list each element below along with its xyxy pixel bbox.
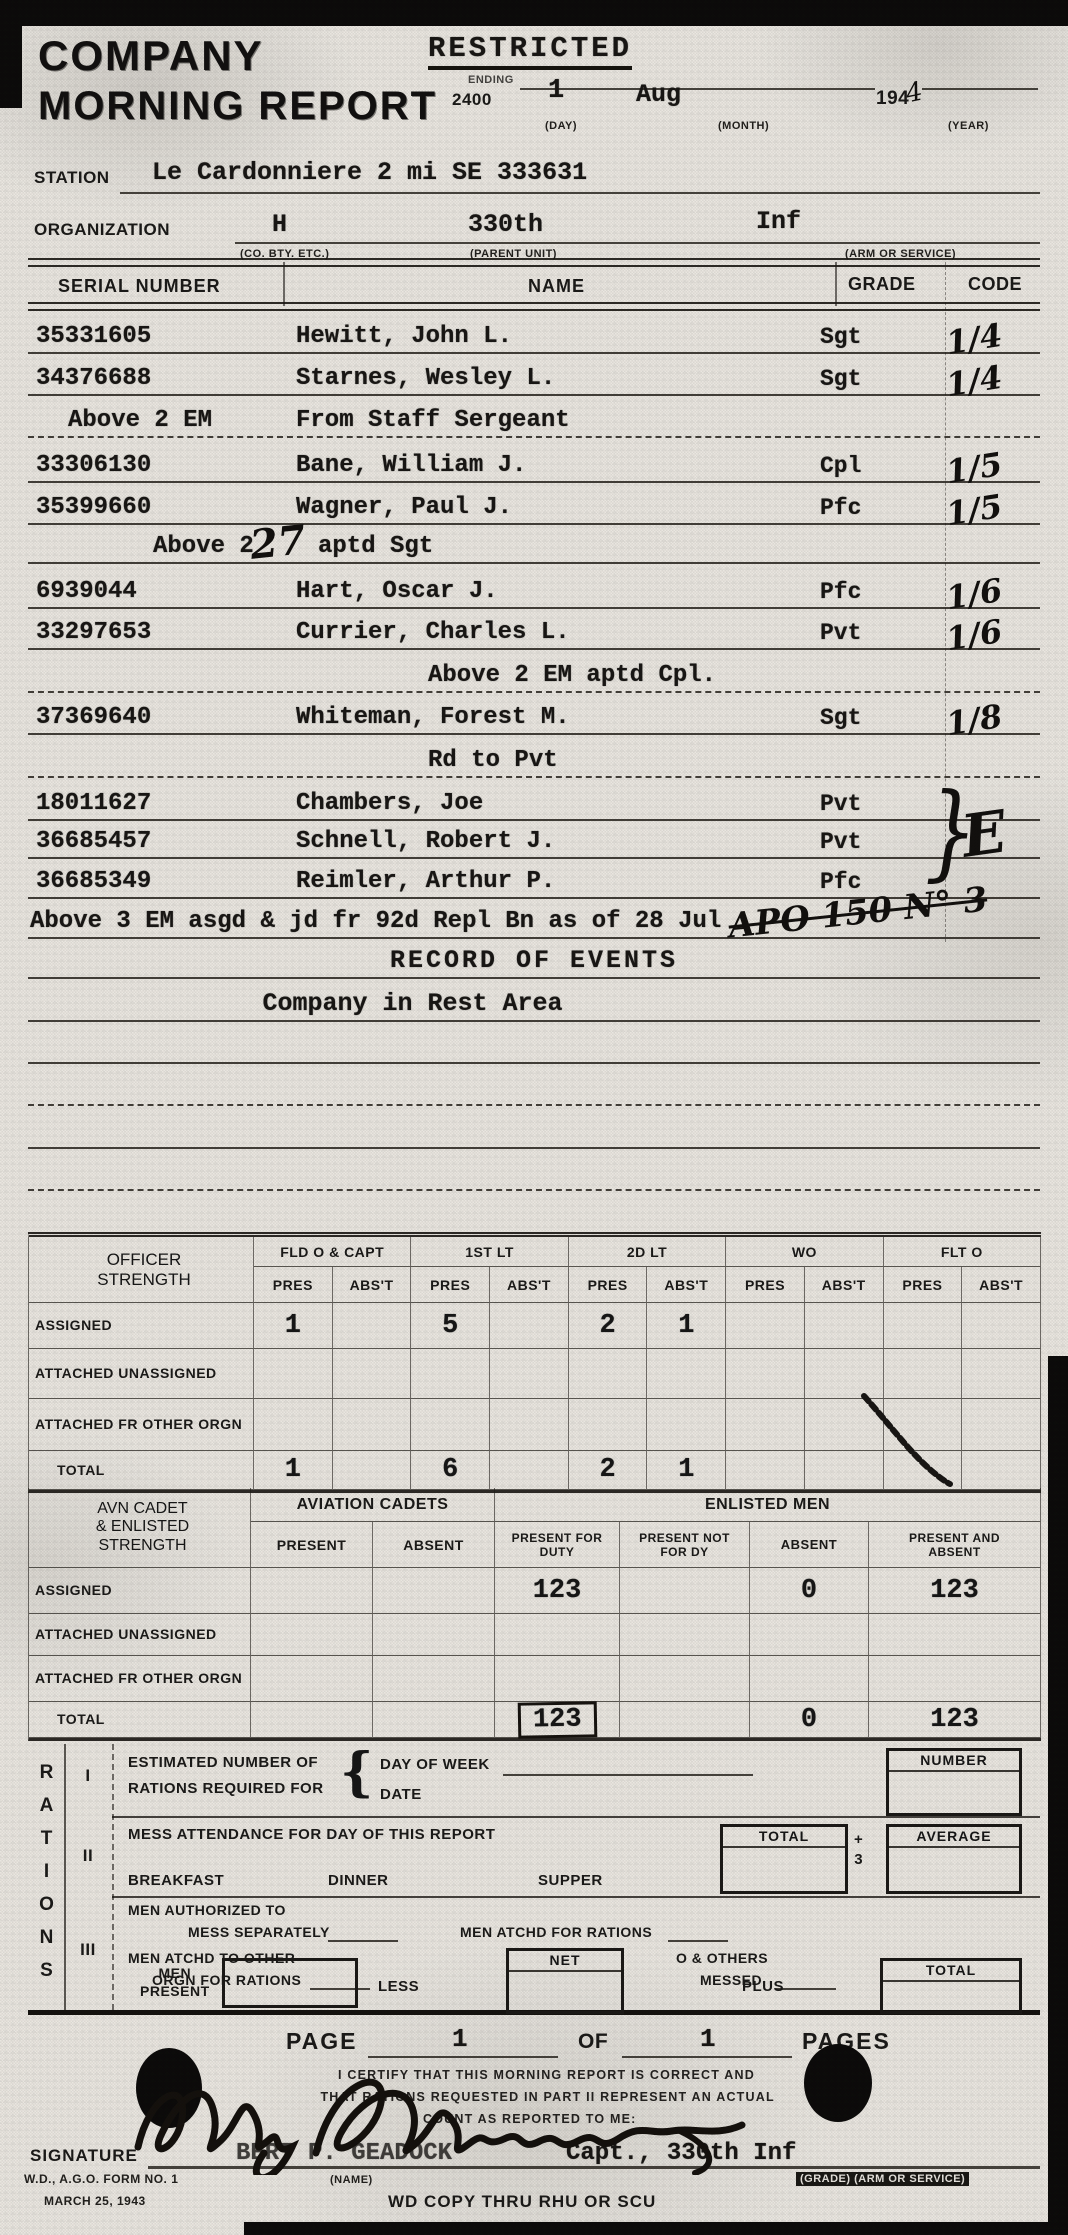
- handwritten-overlay: 27: [248, 516, 308, 569]
- mess-total-label: TOTAL: [723, 1828, 845, 1848]
- classification-stamp: RESTRICTED: [428, 32, 632, 70]
- enlisted-cell: [620, 1702, 750, 1738]
- rations-side-label: RATIONS: [28, 1744, 66, 2010]
- title-line: & ENLISTED: [96, 1518, 189, 1536]
- roster-name: Reimler, Arthur P.: [296, 868, 555, 895]
- average-box: AVERAGE: [886, 1824, 1022, 1894]
- roster-grade: Cpl: [820, 453, 861, 479]
- officer-cell: [726, 1349, 805, 1399]
- roster-note: Above 2: [153, 533, 254, 560]
- section-divider: [112, 1816, 1040, 1818]
- column-group: WO: [726, 1237, 883, 1267]
- roster-divider: [835, 262, 837, 306]
- enlisted-cell: 123: [869, 1568, 1041, 1614]
- column-group: FLT O: [884, 1237, 1041, 1267]
- section-numeral: III: [64, 1940, 112, 1960]
- roster-serial: 18011627: [36, 790, 151, 817]
- column-header: PRES: [411, 1267, 490, 1303]
- roster-col-code: CODE: [968, 274, 1022, 295]
- section-numeral: I: [64, 1766, 112, 1786]
- row-label: TOTAL: [29, 1702, 251, 1738]
- enlisted-cell: [750, 1656, 869, 1702]
- roster-note: Above 2 EM: [68, 407, 212, 434]
- roster-name: Hart, Oscar J.: [296, 578, 498, 605]
- roster-note: Above 2 EM aptd Cpl.: [428, 662, 716, 689]
- column-header: ABS'T: [333, 1267, 412, 1303]
- roster-serial: 33297653: [36, 619, 151, 646]
- roster-serial: 35399660: [36, 494, 151, 521]
- form-date: MARCH 25, 1943: [44, 2194, 146, 2208]
- enlisted-cell: [251, 1568, 373, 1614]
- table-row: 6939044 Hart, Oscar J. Pfc 1/6: [28, 562, 1040, 609]
- officer-cell: [333, 1399, 412, 1451]
- day-of-week-label: DAY OF WEEK: [380, 1756, 490, 1773]
- roster-name: Wagner, Paul J.: [296, 494, 512, 521]
- station-line: [120, 192, 1040, 194]
- column-header: PRES: [254, 1267, 333, 1303]
- number-box: NUMBER: [886, 1748, 1022, 1816]
- roster-grade: Sgt: [820, 705, 861, 731]
- roster-serial: 36685457: [36, 828, 151, 855]
- roster-note: From Staff Sergeant: [296, 407, 570, 434]
- roster-note: Rd to Pvt: [428, 747, 558, 774]
- blank-ruled-line: [28, 1020, 1040, 1064]
- officer-cell: 2: [569, 1303, 648, 1349]
- organization-label: ORGANIZATION: [34, 220, 170, 240]
- officer-cell: 1: [647, 1451, 726, 1490]
- row-label: ASSIGNED: [29, 1568, 251, 1614]
- officer-cell: [490, 1399, 569, 1451]
- officer-strength-title-line1: OFFICER: [107, 1250, 182, 1270]
- column-header: PRES: [884, 1267, 963, 1303]
- table-row: 35331605 Hewitt, John L. Sgt 1/4: [28, 310, 1040, 354]
- roster-col-grade: GRADE: [848, 274, 916, 295]
- officer-cell: 6: [411, 1451, 490, 1490]
- officer-cell: [726, 1451, 805, 1490]
- year-line: [922, 88, 1038, 90]
- row-label: ATTACHED UNASSIGNED: [29, 1614, 251, 1656]
- net-box: NET: [506, 1948, 624, 2014]
- date-month-value: Aug: [636, 80, 681, 109]
- roster-name: Whiteman, Forest M.: [296, 704, 570, 731]
- date-month-label: (MONTH): [718, 120, 769, 132]
- enlisted-cell: [750, 1614, 869, 1656]
- blank-ruled-line: [28, 1104, 1040, 1149]
- officer-cell: [726, 1303, 805, 1349]
- brace-glyph: {: [340, 1742, 373, 1803]
- divide-by-three: + 3: [854, 1830, 863, 1869]
- roster-grade: Pvt: [820, 829, 861, 855]
- roster-divider: [283, 262, 285, 306]
- name-sublabel: (NAME): [330, 2174, 373, 2186]
- enlisted-strength-table: AVN CADET & ENLISTED STRENGTH AVIATION C…: [28, 1488, 1041, 1741]
- number-box-label: NUMBER: [889, 1752, 1019, 1772]
- enlisted-cell: [495, 1656, 620, 1702]
- enlisted-cell: [251, 1656, 373, 1702]
- copy-routing-note: WD COPY THRU RHU OR SCU: [388, 2192, 656, 2212]
- supper-label: SUPPER: [538, 1872, 603, 1889]
- date-field-label: DATE: [380, 1786, 422, 1803]
- roster-grade: Pfc: [820, 579, 861, 605]
- roster-grade: Pfc: [820, 869, 861, 895]
- enlisted-cell: [495, 1614, 620, 1656]
- organization-company: H: [272, 210, 287, 239]
- q-others-label: O & OTHERS: [676, 1950, 768, 1966]
- less-label: LESS: [378, 1978, 419, 1995]
- enlisted-cell: [620, 1614, 750, 1656]
- breakfast-label: BREAKFAST: [128, 1872, 224, 1889]
- enlisted-cell: [251, 1614, 373, 1656]
- section-numeral: II: [64, 1846, 112, 1866]
- roster-grade: Pfc: [820, 495, 861, 521]
- handwritten-letter: E: [957, 797, 1010, 870]
- officer-cell: [962, 1349, 1041, 1399]
- officer-cell: [333, 1349, 412, 1399]
- pen-stroke-artifact: [850, 1390, 960, 1490]
- column-header: ABS'T: [962, 1267, 1041, 1303]
- table-row: 18011627 Chambers, Joe Pvt: [28, 776, 1040, 821]
- enlisted-cell: [869, 1656, 1041, 1702]
- enlisted-cell: 0: [750, 1568, 869, 1614]
- date-year-label: (YEAR): [948, 120, 989, 132]
- table-row: Above 2 EM aptd Cpl.: [28, 648, 1040, 693]
- enlisted-cell: 0: [750, 1702, 869, 1738]
- roster-serial: 35331605: [36, 323, 151, 350]
- column-header: PRESENT NOT FOR DY: [620, 1522, 750, 1568]
- rations-numeral-column: I II III: [64, 1744, 114, 2010]
- officer-cell: [254, 1399, 333, 1451]
- table-row: Above 3 EM asgd & jd fr 92d Repl Bn as o…: [28, 897, 1040, 939]
- enlisted-cell: [869, 1614, 1041, 1656]
- officer-cell: [726, 1399, 805, 1451]
- roster-top-rule: [28, 258, 1040, 267]
- section-divider: [112, 1896, 1040, 1898]
- row-label: ATTACHED UNASSIGNED: [29, 1349, 254, 1399]
- date-day-label: (DAY): [545, 120, 577, 132]
- column-header: ABS'T: [805, 1267, 884, 1303]
- table-row: 34376688 Starnes, Wesley L. Sgt 1/4: [28, 352, 1040, 396]
- record-of-events-title: RECORD OF EVENTS: [390, 946, 678, 975]
- blank-ruled-line: [28, 1062, 1040, 1106]
- column-header: ABSENT: [373, 1522, 495, 1568]
- roster-name: Schnell, Robert J.: [296, 828, 555, 855]
- roster-col-name: NAME: [528, 276, 585, 297]
- roster-grade: Pvt: [820, 620, 861, 646]
- ending-label: ENDING: [468, 74, 514, 86]
- form-title-line2: MORNING REPORT: [38, 84, 437, 129]
- enlisted-cell: [373, 1656, 495, 1702]
- officer-cell: [490, 1349, 569, 1399]
- divide-denominator: 3: [854, 1850, 863, 1870]
- officer-cell: 5: [411, 1303, 490, 1349]
- officer-cell: 1: [254, 1451, 333, 1490]
- date-line: [520, 88, 875, 90]
- grade-sublabel: (GRADE) (ARM OR SERVICE): [796, 2172, 969, 2186]
- roster-name: Chambers, Joe: [296, 790, 483, 817]
- row-label: TOTAL: [29, 1451, 254, 1490]
- column-group: 1ST LT: [411, 1237, 568, 1267]
- column-header: PRES: [726, 1267, 805, 1303]
- column-header: PRESENT FOR DUTY: [495, 1522, 620, 1568]
- date-day-value: 1: [548, 76, 564, 106]
- organization-line: [235, 242, 1040, 244]
- morning-report-scan: COMPANY MORNING REPORT RESTRICTED ENDING…: [0, 0, 1068, 2235]
- blank-ruled-line: [28, 1147, 1040, 1191]
- column-group: FLD O & CAPT: [254, 1237, 411, 1267]
- roster-serial: 37369640: [36, 704, 151, 731]
- rations-total-box: TOTAL: [880, 1958, 1022, 2014]
- officer-cell: [962, 1451, 1041, 1490]
- officer-cell: 2: [569, 1451, 648, 1490]
- roster-grade: Sgt: [820, 324, 861, 350]
- officer-cell: 1: [254, 1303, 333, 1349]
- table-row: 36685457 Schnell, Robert J. Pvt: [28, 819, 1040, 859]
- organization-arm: Inf: [756, 207, 801, 236]
- roster-name: Bane, William J.: [296, 452, 526, 479]
- officer-strength-title: OFFICER STRENGTH: [29, 1237, 254, 1303]
- ending-time: 2400: [452, 90, 492, 110]
- officer-cell: [962, 1303, 1041, 1349]
- men-atchd-rations-line: [668, 1940, 728, 1942]
- scan-edge-right: [1048, 1356, 1068, 2235]
- title-line: AVN CADET: [97, 1500, 187, 1518]
- officer-cell: [647, 1399, 726, 1451]
- mess-separately-label: MESS SEPARATELY: [188, 1924, 330, 1940]
- column-header: ABS'T: [490, 1267, 569, 1303]
- dinner-label: DINNER: [328, 1872, 389, 1889]
- enlisted-cell: [373, 1568, 495, 1614]
- present-label: PRESENT: [140, 1982, 210, 2000]
- handwritten-boxed-value: 123: [517, 1701, 596, 1738]
- officer-cell: [254, 1349, 333, 1399]
- enlisted-cell: [251, 1702, 373, 1738]
- rations-estimated-line1: ESTIMATED NUMBER OF: [128, 1754, 318, 1771]
- day-of-week-line: [503, 1774, 753, 1776]
- enlisted-cell: 123: [495, 1568, 620, 1614]
- enlisted-cell: 123: [495, 1702, 620, 1738]
- roster-serial: 36685349: [36, 868, 151, 895]
- roster-note: Above 3 EM asgd & jd fr 92d Repl Bn as o…: [30, 908, 721, 935]
- scan-edge-top: [0, 0, 1068, 26]
- men-atchd-rations-label: MEN ATCHD FOR RATIONS: [460, 1924, 652, 1940]
- column-header: PRESENT AND ABSENT: [869, 1522, 1041, 1568]
- record-of-events-entry: Company in Rest Area: [263, 989, 563, 1018]
- column-header: ABSENT: [750, 1522, 869, 1568]
- rations-total-label: TOTAL: [883, 1962, 1019, 1982]
- officer-strength-title-line2: STRENGTH: [97, 1270, 191, 1290]
- mess-total-box: TOTAL: [720, 1824, 848, 1894]
- officer-cell: [490, 1303, 569, 1349]
- mess-separately-line: [328, 1940, 398, 1942]
- row-label: ATTACHED FR OTHER ORGN: [29, 1656, 251, 1702]
- row-label: ASSIGNED: [29, 1303, 254, 1349]
- station-value: Le Cardonniere 2 mi SE 333631: [152, 158, 587, 187]
- table-row: Rd to Pvt: [28, 733, 1040, 778]
- table-row: 33297653 Currier, Charles L. Pvt 1/6: [28, 607, 1040, 650]
- punch-hole-right: [804, 2044, 872, 2122]
- enlisted-cell: [620, 1656, 750, 1702]
- messed-line: [776, 1988, 836, 1990]
- table-row: Above 2 EM From Staff Sergeant: [28, 394, 1040, 438]
- enlisted-cell: 123: [869, 1702, 1041, 1738]
- scan-edge-bottom: [244, 2222, 1068, 2235]
- roster-name: Hewitt, John L.: [296, 323, 512, 350]
- column-group: 2D LT: [569, 1237, 726, 1267]
- officer-cell: [490, 1451, 569, 1490]
- table-row: Company in Rest Area: [28, 977, 1040, 1022]
- column-header: PRES: [569, 1267, 648, 1303]
- divide-symbol: +: [854, 1830, 863, 1850]
- table-row: RECORD OF EVENTS: [28, 937, 1040, 979]
- officer-cell: [569, 1399, 648, 1451]
- roster-name: Starnes, Wesley L.: [296, 365, 555, 392]
- table-row: 37369640 Whiteman, Forest M. Sgt 1/8: [28, 691, 1040, 735]
- column-group: ENLISTED MEN: [495, 1488, 1041, 1522]
- plus-label: PLUS: [742, 1978, 784, 1995]
- officer-cell: [884, 1303, 963, 1349]
- roster-note: aptd Sgt: [318, 533, 433, 560]
- station-label: STATION: [34, 168, 110, 188]
- table-row: 35399660 Wagner, Paul J. Pfc 1/5: [28, 481, 1040, 525]
- roster-name: Currier, Charles L.: [296, 619, 570, 646]
- scan-edge-left: [0, 0, 22, 108]
- officer-cell: [333, 1451, 412, 1490]
- roster-grade: Pvt: [820, 791, 861, 817]
- average-box-label: AVERAGE: [889, 1828, 1019, 1848]
- organization-parent: 330th: [468, 210, 543, 239]
- officer-cell: [647, 1349, 726, 1399]
- table-row: 33306130 Bane, William J. Cpl 1/5: [28, 436, 1040, 483]
- roster-col-serial: SERIAL NUMBER: [58, 276, 221, 297]
- row-label: ATTACHED FR OTHER ORGN: [29, 1399, 254, 1451]
- column-header: ABS'T: [647, 1267, 726, 1303]
- men-present-label: MEN PRESENT: [140, 1964, 210, 2000]
- officer-cell: 1: [647, 1303, 726, 1349]
- enlisted-cell: [620, 1568, 750, 1614]
- date-year-prefix: 194: [876, 88, 909, 110]
- officer-cell: [333, 1303, 412, 1349]
- men-present-box: [222, 1958, 358, 2008]
- enlisted-cell: [373, 1614, 495, 1656]
- enlisted-cell: [373, 1702, 495, 1738]
- table-row: Above 2 27 aptd Sgt: [28, 523, 1040, 564]
- signature-script: [120, 2035, 760, 2175]
- men-label: MEN: [140, 1964, 210, 1982]
- officer-cell: [569, 1349, 648, 1399]
- rations-estimated-line2: RATIONS REQUIRED FOR: [128, 1780, 324, 1797]
- officer-cell: [411, 1399, 490, 1451]
- enlisted-strength-title: AVN CADET & ENLISTED STRENGTH: [29, 1488, 251, 1568]
- mess-attendance-heading: MESS ATTENDANCE FOR DAY OF THIS REPORT: [128, 1826, 495, 1843]
- officer-cell: [411, 1349, 490, 1399]
- roster-serial: 33306130: [36, 452, 151, 479]
- officer-cell: [805, 1303, 884, 1349]
- net-box-label: NET: [509, 1952, 621, 1972]
- title-line: STRENGTH: [99, 1537, 187, 1555]
- roster-grade: Sgt: [820, 366, 861, 392]
- roster-serial: 6939044: [36, 578, 137, 605]
- men-authorized-label: MEN AUTHORIZED TO: [128, 1902, 286, 1918]
- roster-serial: 34376688: [36, 365, 151, 392]
- column-header: PRESENT: [251, 1522, 373, 1568]
- column-group: AVIATION CADETS: [251, 1488, 495, 1522]
- form-title-line1: COMPANY: [38, 32, 264, 80]
- officer-cell: [962, 1399, 1041, 1451]
